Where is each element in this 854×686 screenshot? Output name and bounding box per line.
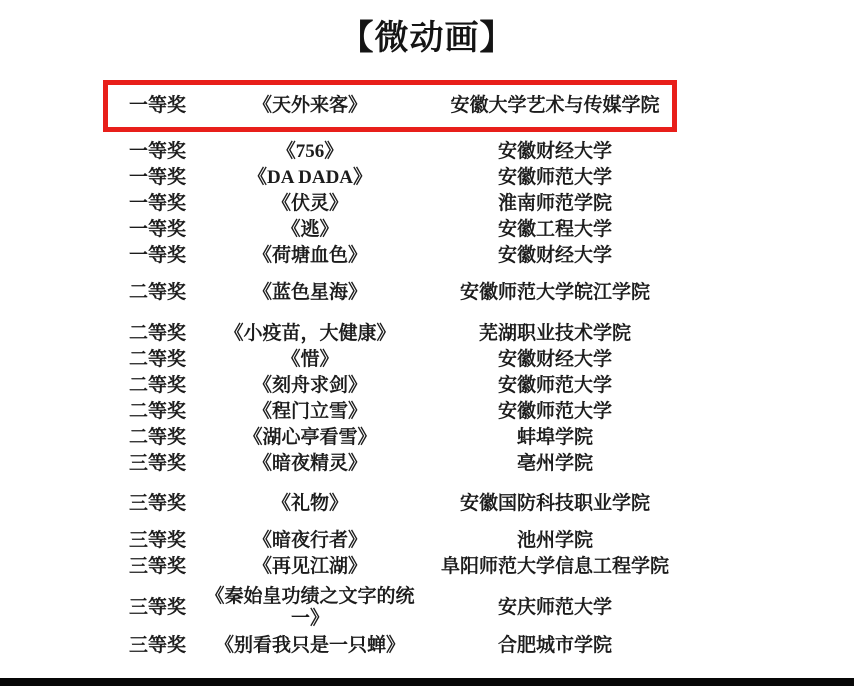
awards-table: 一等奖 《天外来客》 安徽大学艺术与传媒学院 一等奖 《756》 安徽财经大学 … (0, 93, 854, 659)
institution-name: 芜湖职业技术学院 (415, 323, 695, 345)
institution-name: 安徽财经大学 (415, 245, 695, 267)
award-level: 一等奖 (110, 245, 205, 267)
award-level: 二等奖 (110, 427, 205, 449)
work-title: 《程门立雪》 (205, 401, 415, 423)
award-level: 三等奖 (110, 635, 205, 657)
table-row: 二等奖 《蓝色星海》 安徽师范大学皖江学院 (110, 280, 695, 306)
award-level: 一等奖 (110, 193, 205, 215)
table-row: 一等奖 《天外来客》 安徽大学艺术与传媒学院 (110, 93, 695, 119)
institution-name: 安徽国防科技职业学院 (415, 493, 695, 515)
table-row: 三等奖 《礼物》 安徽国防科技职业学院 (110, 491, 695, 517)
table-row: 一等奖 《荷塘血色》 安徽财经大学 (110, 243, 695, 269)
work-title: 《秦始皇功绩之文字的统一》 (205, 586, 415, 630)
award-level: 三等奖 (110, 453, 205, 475)
award-group: 三等奖 《秦始皇功绩之文字的统一》 安庆师范大学 (0, 586, 854, 630)
institution-name: 安徽师范大学皖江学院 (415, 282, 695, 304)
institution-name: 合肥城市学院 (415, 635, 695, 657)
work-title: 《天外来客》 (205, 95, 415, 117)
table-row: 三等奖 《秦始皇功绩之文字的统一》 安庆师范大学 (110, 586, 695, 630)
institution-name: 安徽师范大学 (415, 401, 695, 423)
institution-name: 安徽师范大学 (415, 375, 695, 397)
award-group: 三等奖 《礼物》 安徽国防科技职业学院 (0, 491, 854, 517)
institution-name: 蚌埠学院 (415, 427, 695, 449)
table-row: 一等奖 《756》 安徽财经大学 (110, 139, 695, 165)
institution-name: 安庆师范大学 (415, 597, 695, 619)
work-title: 《湖心亭看雪》 (205, 427, 415, 449)
work-title: 《荷塘血色》 (205, 245, 415, 267)
award-level: 一等奖 (110, 95, 205, 117)
award-level: 三等奖 (110, 597, 205, 619)
work-title: 《暗夜行者》 (205, 530, 415, 552)
award-level: 三等奖 (110, 556, 205, 578)
page-title: 【微动画】 (0, 18, 854, 58)
award-level: 二等奖 (110, 401, 205, 423)
award-level: 二等奖 (110, 375, 205, 397)
award-level: 二等奖 (110, 349, 205, 371)
work-title: 《DA DADA》 (205, 167, 415, 189)
work-title: 《756》 (205, 141, 415, 163)
award-level: 二等奖 (110, 323, 205, 345)
work-title: 《别看我只是一只蝉》 (205, 635, 415, 657)
award-level: 一等奖 (110, 167, 205, 189)
table-row: 二等奖 《湖心亭看雪》 蚌埠学院 (110, 425, 695, 451)
work-title: 《小疫苗，大健康》 (205, 323, 415, 345)
work-title: 《惜》 (205, 349, 415, 371)
institution-name: 安徽工程大学 (415, 219, 695, 241)
table-row: 二等奖 《程门立雪》 安徽师范大学 (110, 399, 695, 425)
table-row: 二等奖 《刻舟求剑》 安徽师范大学 (110, 373, 695, 399)
work-title: 《逃》 (205, 219, 415, 241)
institution-name: 阜阳师范大学信息工程学院 (415, 556, 695, 578)
table-row: 二等奖 《惜》 安徽财经大学 (110, 347, 695, 373)
work-title: 《刻舟求剑》 (205, 375, 415, 397)
award-group: 一等奖 《天外来客》 安徽大学艺术与传媒学院 (0, 93, 854, 119)
institution-name: 安徽财经大学 (415, 349, 695, 371)
bottom-border-bar (0, 678, 854, 686)
table-row: 二等奖 《小疫苗，大健康》 芜湖职业技术学院 (110, 321, 695, 347)
award-group: 三等奖 《别看我只是一只蝉》 合肥城市学院 (0, 633, 854, 659)
table-row: 三等奖 《再见江湖》 阜阳师范大学信息工程学院 (110, 554, 695, 580)
award-level: 一等奖 (110, 219, 205, 241)
work-title: 《伏灵》 (205, 193, 415, 215)
institution-name: 池州学院 (415, 530, 695, 552)
work-title: 《礼物》 (205, 493, 415, 515)
table-row: 一等奖 《伏灵》 淮南师范学院 (110, 191, 695, 217)
work-title: 《蓝色星海》 (205, 282, 415, 304)
table-row: 三等奖 《暗夜行者》 池州学院 (110, 528, 695, 554)
table-row: 三等奖 《别看我只是一只蝉》 合肥城市学院 (110, 633, 695, 659)
award-level: 三等奖 (110, 493, 205, 515)
institution-name: 安徽师范大学 (415, 167, 695, 189)
award-level: 三等奖 (110, 530, 205, 552)
table-row: 一等奖 《逃》 安徽工程大学 (110, 217, 695, 243)
institution-name: 安徽大学艺术与传媒学院 (415, 95, 695, 117)
table-row: 三等奖 《暗夜精灵》 亳州学院 (110, 451, 695, 477)
work-title: 《暗夜精灵》 (205, 453, 415, 475)
award-level: 二等奖 (110, 282, 205, 304)
institution-name: 淮南师范学院 (415, 193, 695, 215)
award-group: 二等奖 《蓝色星海》 安徽师范大学皖江学院 (0, 280, 854, 306)
award-level: 一等奖 (110, 141, 205, 163)
award-group: 二等奖 《小疫苗，大健康》 芜湖职业技术学院 二等奖 《惜》 安徽财经大学 二等… (0, 321, 854, 477)
table-row: 一等奖 《DA DADA》 安徽师范大学 (110, 165, 695, 191)
award-group: 三等奖 《暗夜行者》 池州学院 三等奖 《再见江湖》 阜阳师范大学信息工程学院 (0, 528, 854, 580)
work-title: 《再见江湖》 (205, 556, 415, 578)
institution-name: 亳州学院 (415, 453, 695, 475)
institution-name: 安徽财经大学 (415, 141, 695, 163)
award-group: 一等奖 《756》 安徽财经大学 一等奖 《DA DADA》 安徽师范大学 一等… (0, 139, 854, 269)
